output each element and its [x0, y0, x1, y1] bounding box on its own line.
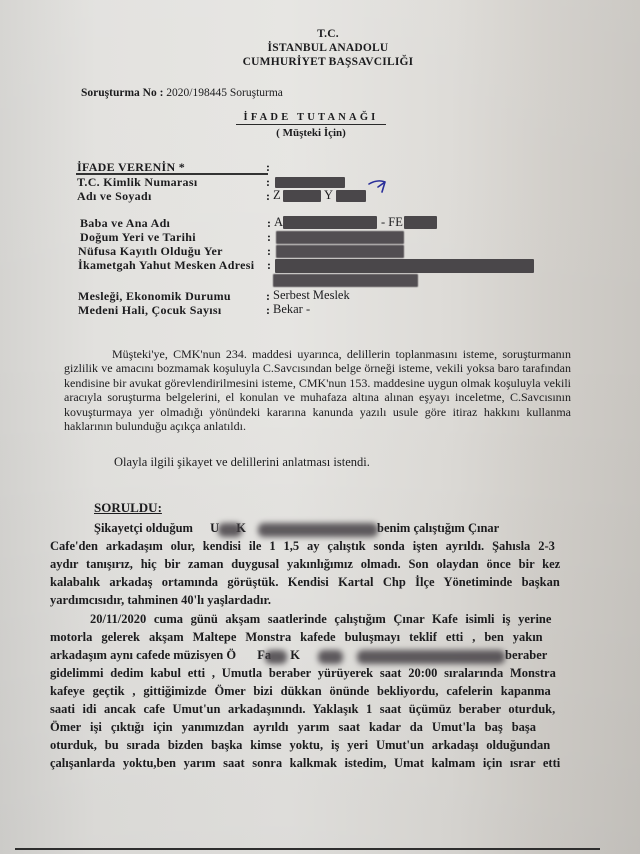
- info-label-address: İkametgah Yahut Mesken Adresi: [78, 258, 254, 273]
- footer-rule: [15, 848, 600, 850]
- redacted-father-name: [283, 216, 377, 229]
- colon: :: [267, 244, 271, 259]
- investigation-label: Soruşturma No :: [81, 87, 163, 99]
- marital-value: Bekar -: [273, 302, 310, 317]
- name-initial-last: Y: [324, 188, 333, 203]
- mother-initial: - FE: [381, 215, 403, 230]
- investigation-number: Soruşturma No : 2020/198445 Soruşturma: [81, 87, 283, 99]
- redacted-phone-blur: [357, 650, 505, 664]
- header-tc: T.C.: [8, 28, 640, 40]
- statement-text: arkadaşım aynı cafede müzisyen Ö: [50, 648, 236, 662]
- document-subtitle: ( Müşteki İçin): [236, 127, 386, 139]
- statement-line: gidelimmi dedim kabul etti , Umutla bera…: [50, 665, 556, 683]
- section-heading: SORULDU:: [94, 500, 162, 516]
- statement-text: benim çalıştığım Çınar: [377, 520, 499, 538]
- document-title: İFADE TUTANAĞI: [236, 112, 386, 125]
- statement-text: beraber: [505, 647, 547, 665]
- rights-paragraph: Müşteki'ye, CMK'nun 234. maddesi uyarınc…: [64, 347, 571, 433]
- pen-arrow-icon: [368, 178, 388, 194]
- info-label-tc-id: T.C. Kimlik Numarası: [77, 175, 197, 190]
- statement-initial: K: [290, 648, 300, 662]
- statement-line: yardımcısıdır, tahminen 40'lı yaşlardadı…: [50, 592, 271, 610]
- statement-line: aydır tanışırız, hiç bir zaman duygusal …: [50, 556, 560, 574]
- redacted-name-blur: [265, 650, 287, 664]
- colon: :: [267, 216, 271, 231]
- info-label-marital: Medeni Hali, Çocuk Sayısı: [78, 303, 222, 318]
- occupation-value: Serbest Meslek: [273, 288, 350, 303]
- redacted-name-blur: [218, 523, 242, 537]
- statement-line: motorla gelerek akşam Maltepe Monstra ka…: [50, 629, 543, 647]
- colon: :: [267, 230, 271, 245]
- info-label-name: Adı ve Soyadı: [77, 189, 152, 204]
- rights-text: Müşteki'ye, CMK'nun 234. maddesi uyarınc…: [64, 347, 571, 433]
- statement-line: saati idi ancak cafe Umut'un arkadaşının…: [50, 701, 555, 719]
- statement-line: kalabalık arkadaş ortamında görüştük. Ke…: [50, 574, 560, 592]
- header-city: İSTANBUL ANADOLU: [8, 42, 640, 54]
- colon: :: [266, 289, 270, 304]
- statement-line: Cafe'den arkadaşım olur, kendisi ile 1 1…: [50, 538, 555, 556]
- info-label-parents: Baba ve Ana Adı: [80, 216, 170, 231]
- investigation-value: 2020/198445 Soruşturma: [166, 87, 283, 99]
- redacted-name-blur: [318, 650, 343, 664]
- colon: :: [266, 189, 270, 204]
- info-label-birth: Doğum Yeri ve Tarihi: [80, 230, 196, 245]
- statement-line: Ömer işi çıktığı için yanımızdan ayrıldı…: [50, 719, 536, 737]
- redacted-address-line2: [273, 274, 418, 287]
- father-initial: A: [274, 215, 283, 230]
- request-line: Olayla ilgili şikayet ve delillerini anl…: [114, 455, 370, 470]
- redacted-last-name: [336, 190, 366, 202]
- redacted-phone-blur: [258, 523, 378, 537]
- colon: :: [267, 258, 271, 273]
- statement-text: Şikayetçi olduğum: [94, 521, 193, 535]
- redacted-mother-name: [404, 216, 437, 229]
- statement-line: çalışanlarda yoktu,ben yarım saat sonra …: [50, 755, 560, 773]
- colon: :: [266, 160, 270, 175]
- info-label-occupation: Mesleği, Ekonomik Durumu: [78, 289, 231, 304]
- statement-line: kafeye geçtik , gittiğimizde Ömer bizi d…: [50, 683, 551, 701]
- info-label-registry: Nüfusa Kayıtlı Olduğu Yer: [78, 244, 223, 259]
- redacted-registry: [276, 245, 404, 258]
- redacted-tc-id: [275, 177, 345, 188]
- colon: :: [266, 303, 270, 318]
- name-initial-first: Z: [273, 188, 281, 203]
- header-office: CUMHURİYET BAŞSAVCILIĞI: [8, 56, 640, 68]
- statement-line: oturduk, bu sırada bizden başka kimse yo…: [50, 737, 550, 755]
- redacted-first-name: [283, 190, 321, 202]
- statement-line: 20/11/2020 cuma günü akşam saatlerinde ç…: [90, 611, 551, 629]
- redacted-birth-info: [276, 231, 404, 244]
- redacted-address-line1: [275, 259, 534, 273]
- colon: :: [266, 175, 270, 190]
